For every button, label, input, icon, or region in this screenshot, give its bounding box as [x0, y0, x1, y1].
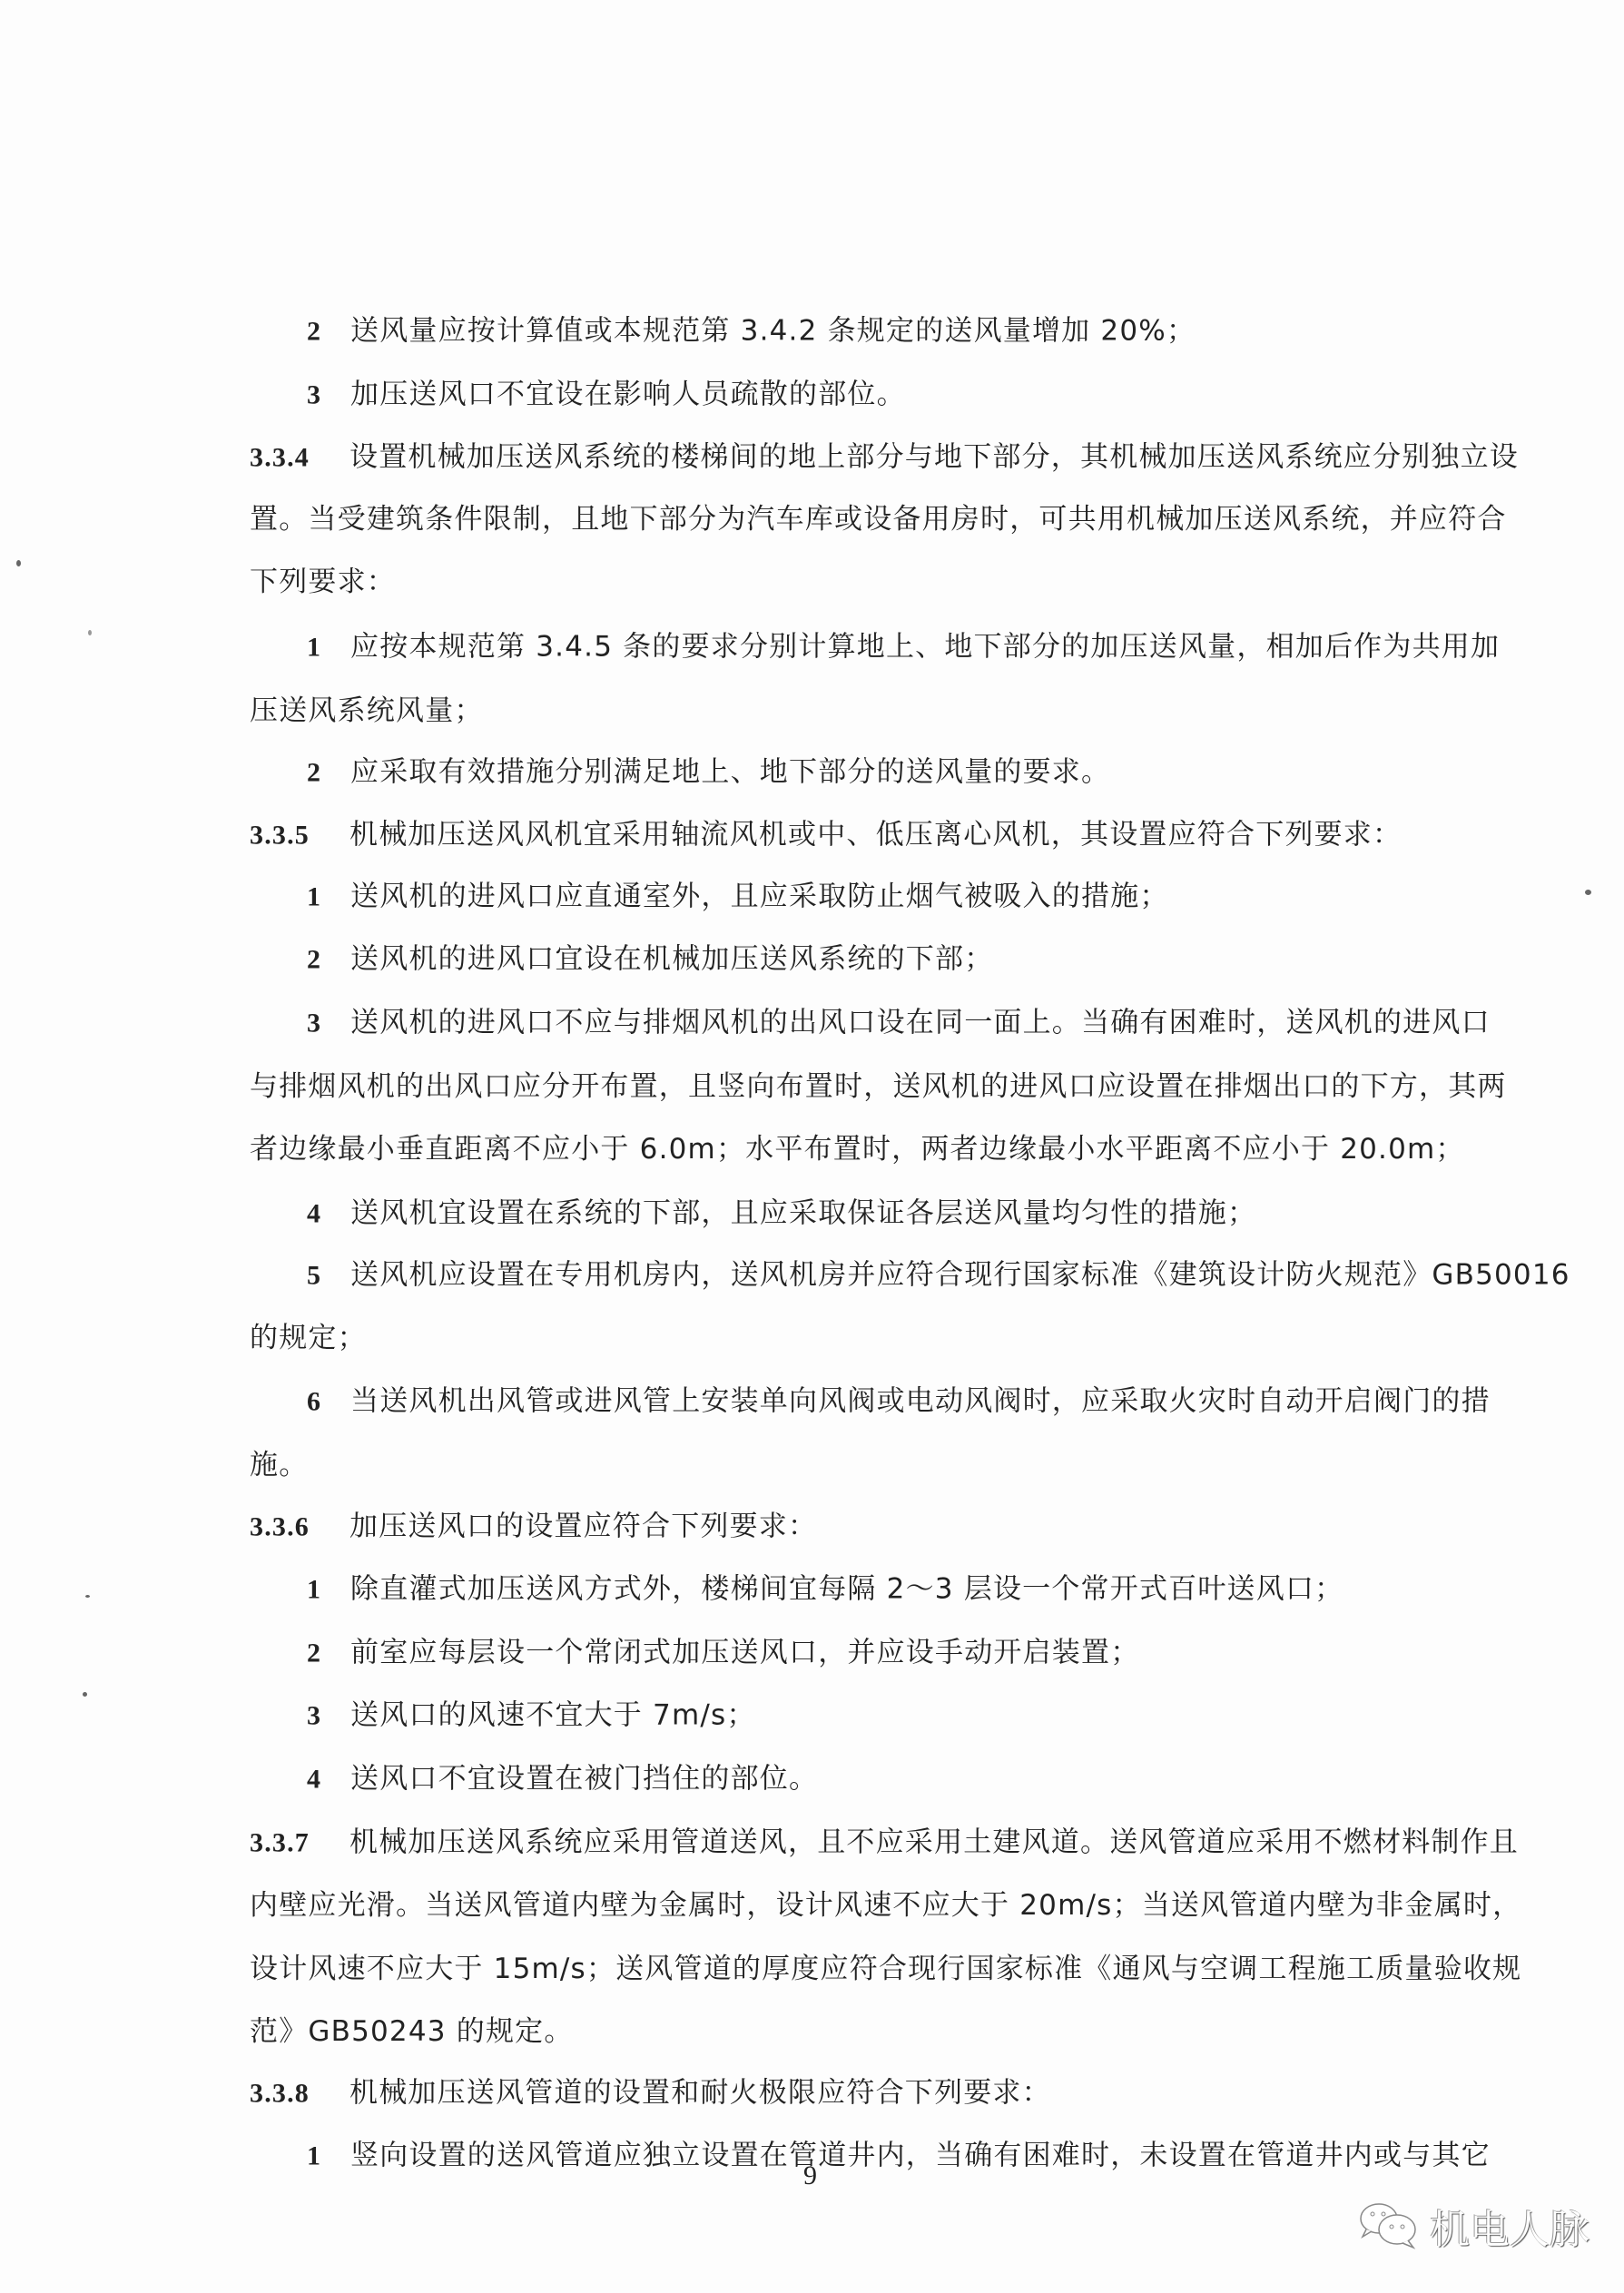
- list-item-line: 4送风机宜设置在系统的下部，且应采取保证各层送风量均匀性的措施；: [250, 1196, 1256, 1233]
- line-text: 机械加压送风管道的设置和耐火极限应符合下列要求：: [349, 2077, 1051, 2110]
- list-item-line: 2送风量应按计算值或本规范第 3.4.2 条规定的送风量增加 20%；: [250, 313, 1196, 350]
- line-text: 应按本规范第 3.4.5 条的要求分别计算地上、地下部分的加压送风量，相加后作为…: [350, 631, 1500, 664]
- line-text: 内壁应光滑。当送风管道内壁为金属时，设计风速不应大于 20m/s；当送风管道内壁…: [250, 1889, 1521, 1922]
- item-number: 2: [307, 942, 350, 979]
- line-text: 竖向设置的送风管道应独立设置在管道井内，当确有困难时，未设置在管道井内或与其它: [350, 2140, 1491, 2172]
- item-number: 3: [307, 1698, 350, 1735]
- line-text: 送风机的进风口宜设在机械加压送风系统的下部；: [350, 943, 993, 976]
- item-number: 4: [307, 1762, 350, 1798]
- line-text: 下列要求：: [250, 566, 396, 598]
- line-text: 范》GB50243 的规定。: [250, 2015, 574, 2048]
- line-text: 前室应每层设一个常闭式加压送风口，并应设手动开启装置；: [350, 1637, 1139, 1669]
- continuation-line: 置。当受建筑条件限制，且地下部分为汽车库或设备用房时，可共用机械加压送风系统，并…: [250, 501, 1507, 537]
- item-number: 3: [307, 378, 350, 414]
- item-number: 2: [307, 1636, 350, 1672]
- line-text: 除直灌式加压送风方式外，楼梯间宜每隔 2～3 层设一个常开式百叶送风口；: [350, 1573, 1343, 1606]
- list-item-line: 2送风机的进风口宜设在机械加压送风系统的下部；: [250, 941, 993, 979]
- list-item-line: 3加压送风口不宜设在影响人员疏散的部位。: [250, 377, 906, 414]
- clause-line: 3.3.7机械加压送风系统应采用管道送风，且不应采用土建风道。送风管道应采用不燃…: [250, 1825, 1519, 1862]
- list-item-line: 5送风机应设置在专用机房内，送风机房并应符合现行国家标准《建筑设计防火规范》GB…: [250, 1257, 1570, 1294]
- scan-speck: [83, 1692, 87, 1697]
- line-text: 应采取有效措施分别满足地上、地下部分的送风量的要求。: [350, 756, 1110, 789]
- scan-speck: [16, 560, 21, 566]
- line-text: 送风机的进风口不应与排烟风机的出风口设在同一面上。当确有困难时，送风机的进风口: [350, 1007, 1491, 1039]
- line-text: 与排烟风机的出风口应分开布置，且竖向布置时，送风机的进风口应设置在排烟出口的下方…: [250, 1070, 1507, 1103]
- line-text: 置。当受建筑条件限制，且地下部分为汽车库或设备用房时，可共用机械加压送风系统，并…: [250, 503, 1507, 536]
- continuation-line: 与排烟风机的出风口应分开布置，且竖向布置时，送风机的进风口应设置在排烟出口的下方…: [250, 1068, 1507, 1105]
- list-item-line: 2应采取有效措施分别满足地上、地下部分的送风量的要求。: [250, 754, 1110, 792]
- clause-line: 3.3.6加压送风口的设置应符合下列要求：: [250, 1509, 817, 1546]
- item-number: 2: [307, 755, 350, 792]
- continuation-line: 范》GB50243 的规定。: [250, 2013, 574, 2050]
- continuation-line: 下列要求：: [250, 564, 396, 600]
- continuation-line: 者边缘最小垂直距离不应小于 6.0m；水平布置时，两者边缘最小水平距离不应小于 …: [250, 1131, 1465, 1167]
- clause-line: 3.3.4设置机械加压送风系统的楼梯间的地上部分与地下部分，其机械加压送风系统应…: [250, 439, 1519, 477]
- continuation-line: 内壁应光滑。当送风管道内壁为金属时，设计风速不应大于 20m/s；当送风管道内壁…: [250, 1887, 1521, 1924]
- document-page: 2送风量应按计算值或本规范第 3.4.2 条规定的送风量增加 20%；3加压送风…: [0, 0, 1624, 2293]
- line-text: 加压送风口不宜设在影响人员疏散的部位。: [350, 379, 906, 411]
- clause-number: 3.3.8: [250, 2076, 349, 2112]
- line-text: 压送风系统风量；: [250, 694, 484, 727]
- line-text: 者边缘最小垂直距离不应小于 6.0m；水平布置时，两者边缘最小水平距离不应小于 …: [250, 1133, 1465, 1166]
- list-item-line: 2前室应每层设一个常闭式加压送风口，并应设手动开启装置；: [250, 1635, 1139, 1672]
- list-item-line: 3送风口的风速不宜大于 7m/s；: [250, 1698, 756, 1735]
- list-item-line: 3送风机的进风口不应与排烟风机的出风口设在同一面上。当确有困难时，送风机的进风口: [250, 1005, 1491, 1042]
- item-number: 1: [307, 880, 350, 916]
- line-text: 设计风速不应大于 15m/s；送风管道的厚度应符合现行国家标准《通风与空调工程施…: [250, 1953, 1521, 1985]
- line-text: 送风口不宜设置在被门挡住的部位。: [350, 1763, 818, 1796]
- scan-speck: [85, 1595, 90, 1598]
- line-text: 当送风机出风管或进风管上安装单向风阀或电动风阀时，应采取火灾时自动开启阀门的措: [350, 1385, 1491, 1418]
- item-number: 4: [307, 1196, 350, 1233]
- item-number: 1: [307, 630, 350, 666]
- list-item-line: 1竖向设置的送风管道应独立设置在管道井内，当确有困难时，未设置在管道井内或与其它: [250, 2138, 1491, 2175]
- continuation-line: 施。: [250, 1447, 308, 1483]
- item-number: 6: [307, 1384, 350, 1421]
- list-item-line: 1送风机的进风口应直通室外，且应采取防止烟气被吸入的措施；: [250, 879, 1169, 916]
- line-text: 设置机械加压送风系统的楼梯间的地上部分与地下部分，其机械加压送风系统应分别独立设: [349, 441, 1519, 474]
- list-item-line: 6当送风机出风管或进风管上安装单向风阀或电动风阀时，应采取火灾时自动开启阀门的措: [250, 1383, 1491, 1421]
- page-number: 9: [803, 2160, 817, 2191]
- line-text: 加压送风口的设置应符合下列要求：: [349, 1511, 817, 1543]
- clause-number: 3.3.6: [250, 1510, 349, 1546]
- continuation-line: 的规定；: [250, 1320, 367, 1356]
- list-item-line: 1应按本规范第 3.4.5 条的要求分别计算地上、地下部分的加压送风量，相加后作…: [250, 629, 1500, 666]
- clause-number: 3.3.7: [250, 1826, 349, 1862]
- scan-speck: [1585, 890, 1591, 895]
- item-number: 1: [307, 1572, 350, 1609]
- line-text: 机械加压送风风机宜采用轴流风机或中、低压离心风机，其设置应符合下列要求：: [349, 819, 1402, 851]
- item-number: 2: [307, 314, 350, 350]
- line-text: 送风机宜设置在系统的下部，且应采取保证各层送风量均匀性的措施；: [350, 1197, 1256, 1230]
- clause-number: 3.3.4: [250, 440, 349, 477]
- continuation-line: 压送风系统风量；: [250, 693, 484, 729]
- list-item-line: 1除直灌式加压送风方式外，楼梯间宜每隔 2～3 层设一个常开式百叶送风口；: [250, 1571, 1343, 1609]
- list-item-line: 4送风口不宜设置在被门挡住的部位。: [250, 1761, 818, 1798]
- continuation-line: 设计风速不应大于 15m/s；送风管道的厚度应符合现行国家标准《通风与空调工程施…: [250, 1951, 1521, 1987]
- line-text: 施。: [250, 1449, 308, 1481]
- wechat-icon: [1357, 2199, 1421, 2253]
- item-number: 5: [307, 1258, 350, 1294]
- scan-speck: [88, 630, 92, 635]
- clause-number: 3.3.5: [250, 818, 349, 854]
- watermark-text: 机电人脉: [1430, 2197, 1590, 2255]
- line-text: 送风机应设置在专用机房内，送风机房并应符合现行国家标准《建筑设计防火规范》GB5…: [350, 1259, 1570, 1292]
- line-text: 送风机的进风口应直通室外，且应采取防止烟气被吸入的措施；: [350, 881, 1169, 913]
- clause-line: 3.3.8机械加压送风管道的设置和耐火极限应符合下列要求：: [250, 2075, 1051, 2112]
- item-number: 1: [307, 2139, 350, 2175]
- line-text: 的规定；: [250, 1322, 367, 1354]
- watermark: 机电人脉: [1357, 2197, 1590, 2255]
- line-text: 送风口的风速不宜大于 7m/s；: [350, 1699, 756, 1732]
- line-text: 送风量应按计算值或本规范第 3.4.2 条规定的送风量增加 20%；: [350, 315, 1196, 348]
- clause-line: 3.3.5机械加压送风风机宜采用轴流风机或中、低压离心风机，其设置应符合下列要求…: [250, 817, 1402, 854]
- line-text: 机械加压送风系统应采用管道送风，且不应采用土建风道。送风管道应采用不燃材料制作且: [349, 1826, 1519, 1859]
- item-number: 3: [307, 1006, 350, 1042]
